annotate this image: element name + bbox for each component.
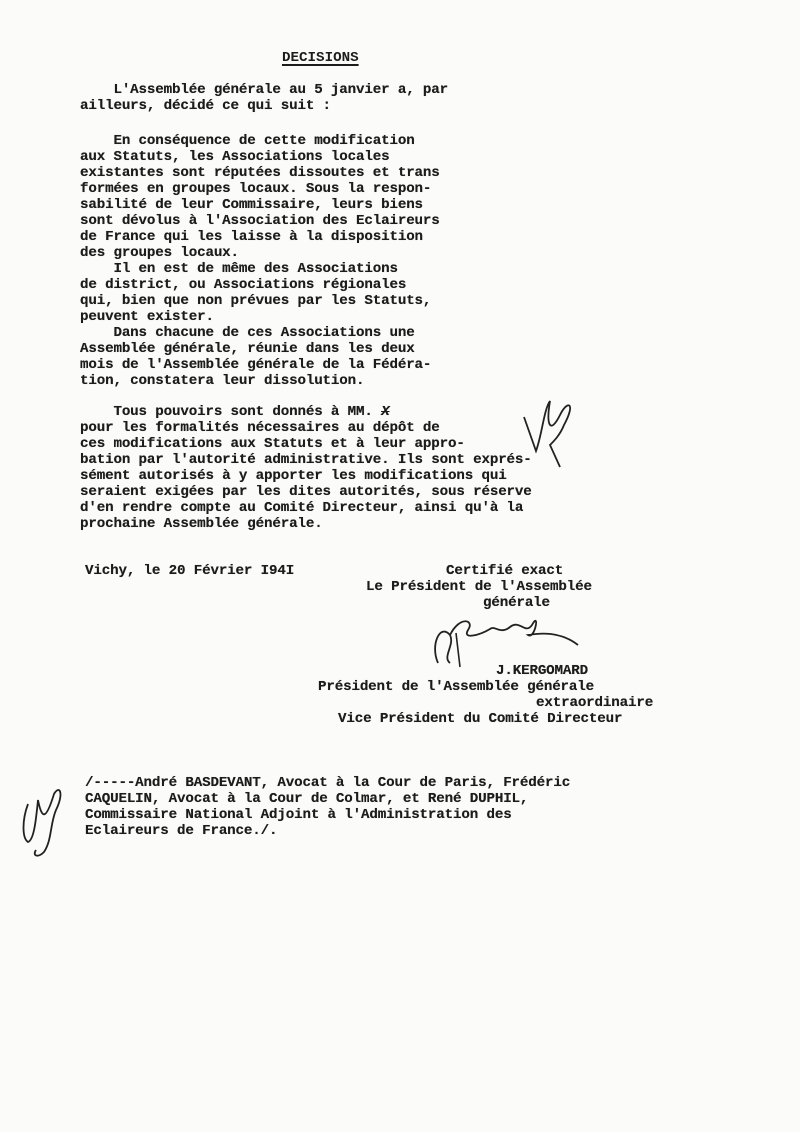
footnote-line: Commissaire National Adjoint à l'Adminis… xyxy=(85,807,512,823)
paragraph-line: existantes sont réputées dissoutes et tr… xyxy=(80,165,440,181)
paragraph-line: seraient exigées par les dites autorités… xyxy=(80,484,532,500)
footnote-line: CAQUELIN, Avocat à la Cour de Colmar, et… xyxy=(85,791,528,807)
paragraph-line: formées en groupes locaux. Sous la respo… xyxy=(80,181,431,197)
paragraph-line: de France qui les laisse à la dispositio… xyxy=(80,229,423,245)
initials-mark xyxy=(520,395,610,475)
certification-line: Certifié exact xyxy=(446,563,563,579)
paragraph-line: Dans chacune de ces Associations une xyxy=(80,325,415,341)
paragraph-line: sabilité de leur Commissaire, leurs bien… xyxy=(80,197,423,213)
powers-text: Tous pouvoirs sont donnés à MM. xyxy=(80,404,373,420)
paragraph-line: prochaine Assemblée générale. xyxy=(80,516,323,532)
paragraph-line: des groupes locaux. xyxy=(80,245,239,261)
paragraph-line: Il en est de même des Associations xyxy=(80,261,398,277)
intro-line: ailleurs, décidé ce qui suit : xyxy=(80,98,331,114)
paragraph-line: d'en rendre compte au Comité Directeur, … xyxy=(80,500,523,516)
footnote-line: Eclaireurs de France./. xyxy=(85,823,277,839)
paragraph-line: qui, bien que non prévues par les Statut… xyxy=(80,293,431,309)
paragraph-line: pour les formalités nécessaires au dépôt… xyxy=(80,420,440,436)
signatory-name: J.KERGOMARD xyxy=(496,663,588,679)
powers-first-line: Tous pouvoirs sont donnés à MM. X xyxy=(80,404,390,420)
paragraph-line: ces modifications aux Statuts et à leur … xyxy=(80,436,465,452)
document-title: DECISIONS xyxy=(282,50,359,66)
paragraph-line: peuvent exister. xyxy=(80,309,214,325)
paragraph-line: tion, constatera leur dissolution. xyxy=(80,373,364,389)
intro-line: L'Assemblée générale au 5 janvier a, par xyxy=(80,82,448,98)
paragraph-line: En conséquence de cette modification xyxy=(80,133,415,149)
signatory-title: Vice Président du Comité Directeur xyxy=(338,711,622,727)
paragraph-line: aux Statuts, les Associations locales xyxy=(80,149,389,165)
signatory-title: Président de l'Assemblée générale xyxy=(318,679,594,695)
signatory-title: extraordinaire xyxy=(536,695,653,711)
place-date: Vichy, le 20 Février I94I xyxy=(85,563,294,579)
paragraph-line: Assemblée générale, réunie dans les deux xyxy=(80,341,415,357)
paragraph-line: sément autorisés à y apporter les modifi… xyxy=(80,468,507,484)
certification-line: Le Président de l'Assemblée xyxy=(366,579,592,595)
footnote-line: /-----André BASDEVANT, Avocat à la Cour … xyxy=(85,775,570,791)
paragraph-line: mois de l'Assemblée générale de la Fédér… xyxy=(80,357,431,373)
paragraph-line: sont dévolus à l'Association des Eclaire… xyxy=(80,213,440,229)
initials-mark xyxy=(16,780,76,860)
paragraph-line: bation par l'autorité administrative. Il… xyxy=(80,452,532,468)
paragraph-line: de district, ou Associations régionales xyxy=(80,277,406,293)
struck-name: X xyxy=(381,404,389,420)
